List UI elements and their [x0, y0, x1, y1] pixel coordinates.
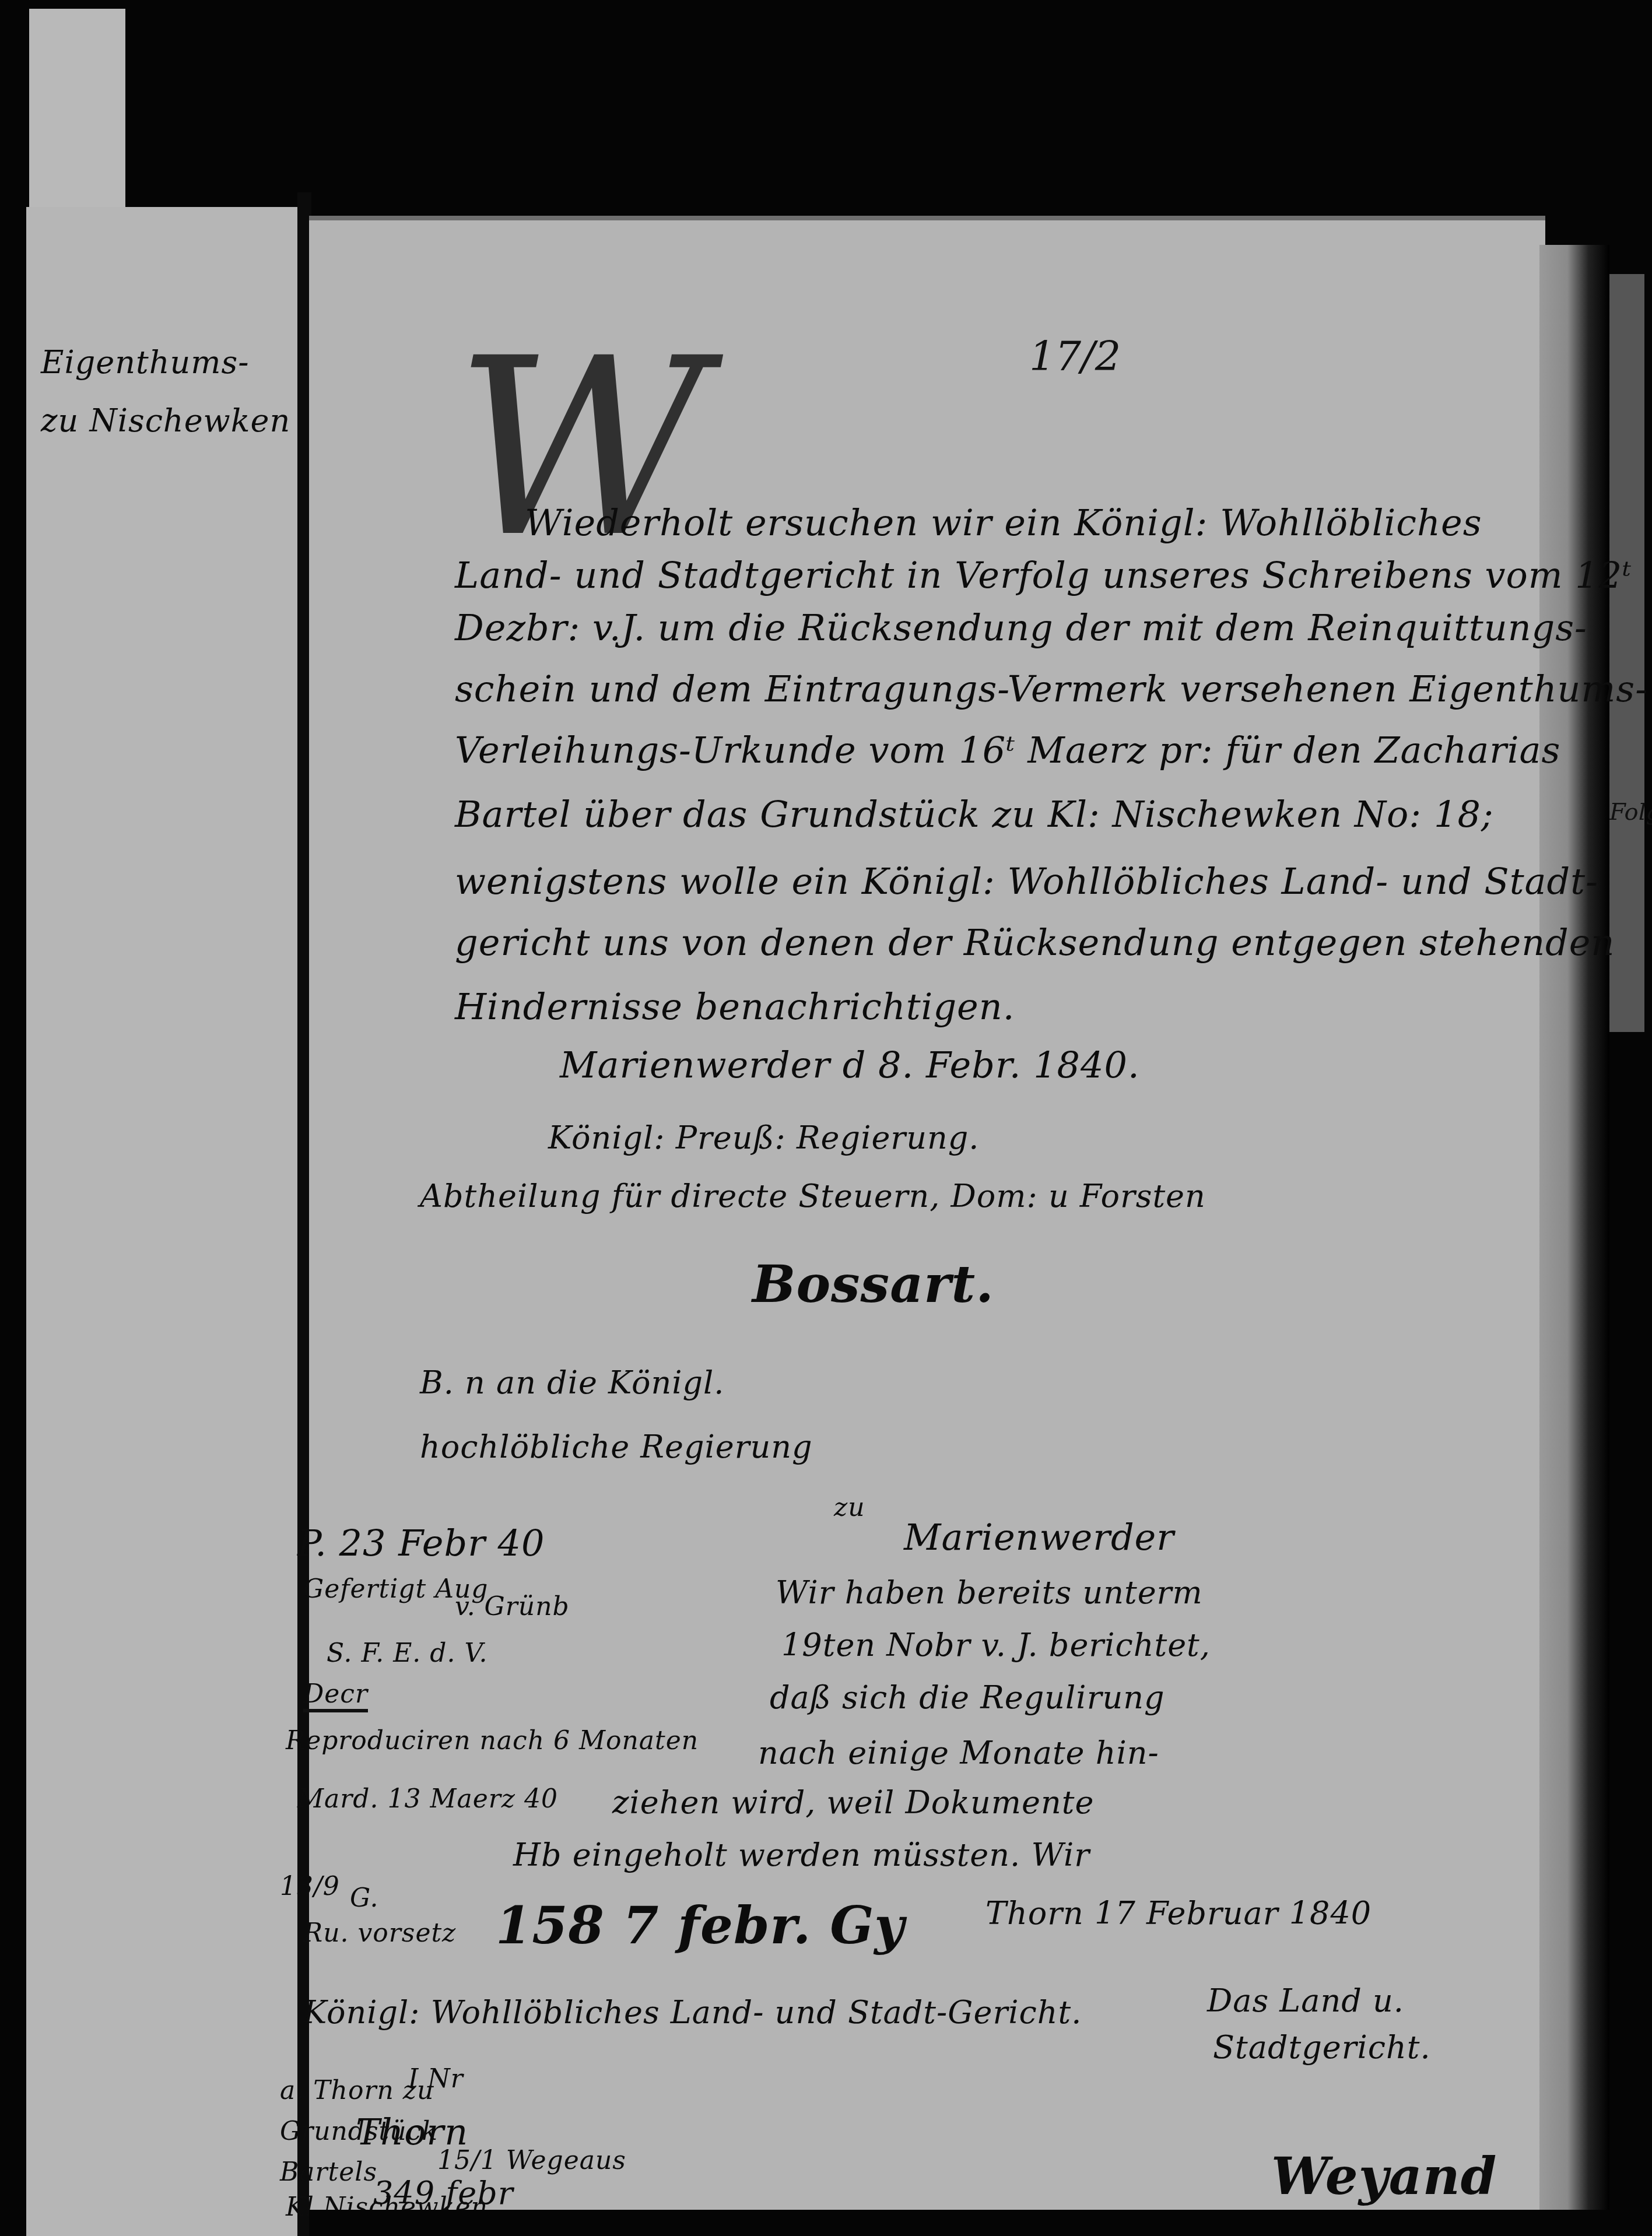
signature-bossart: Bossart.	[752, 1254, 994, 1314]
reply-date-line: Thorn 17 Februar 1840	[985, 1895, 1372, 1932]
body-line-2: Land- und Stadtgericht in Verfolg unsere…	[455, 554, 1632, 596]
torn-page-fragment	[1609, 274, 1644, 1032]
left-margin-note-1: Eigenthums-	[41, 344, 249, 381]
page-right-edge	[1539, 245, 1609, 2216]
left-margin-leaf	[26, 207, 300, 2236]
body-line-4: schein und dem Eintragungs-Vermerk verse…	[455, 668, 1648, 710]
receipt-stamp: P. 23 Febr 40	[297, 1522, 545, 1564]
left-margin-note-2: zu Nischewken	[41, 402, 290, 439]
journal-number-2: 349 febr	[373, 2175, 514, 2215]
body-line-3: Dezbr: v.J. um die Rücksendung der mit d…	[455, 606, 1587, 649]
signature-weyand: Weyand	[1271, 2146, 1497, 2206]
reply-to-word: zu	[834, 1493, 865, 1522]
margin-note-initials: S. F. E. d. V.	[327, 1638, 488, 1668]
journal-number: 158 7 febr. Gy	[496, 1895, 904, 1956]
margin-note-grunb: v. Grünb	[455, 1592, 570, 1621]
reply-to-place: Marienwerder	[904, 1516, 1174, 1558]
authority-line-1: Königl: Preuß: Regierung.	[548, 1119, 979, 1156]
reply-body-5: ziehen wird, weil Dokumente	[612, 1784, 1094, 1821]
bottom-note-right: 15/1 Wegeaus	[437, 2146, 626, 2175]
authority-line-2: Abtheilung für directe Steuern, Dom: u F…	[420, 1178, 1206, 1214]
bottom-note-mid: I Nr	[408, 2064, 464, 2094]
margin-ref-1: 13/9	[280, 1872, 340, 1901]
folded-tab-strip	[29, 9, 125, 207]
reply-addressee-1: B. n an die Königl.	[420, 1364, 725, 1401]
folio-number: 17/2	[1029, 332, 1121, 380]
body-line-7: wenigstens wolle ein Königl: Wohllöblich…	[455, 860, 1598, 903]
reply-body-2: 19ten Nobr v. J. berichtet,	[781, 1627, 1211, 1663]
reply-closing: Königl: Wohllöbliches Land- und Stadt-Ge…	[303, 1994, 1082, 2031]
right-edge-fragment: Folge	[1609, 799, 1652, 826]
bottom-scan-shadow	[309, 2210, 1650, 2236]
margin-note-decision: Decr	[303, 1679, 368, 1712]
reply-body-4: nach einige Monate hin-	[758, 1735, 1159, 1771]
reply-body-1: Wir haben bereits unterm	[776, 1574, 1203, 1611]
reply-body-6: Hb eingeholt werden müssten. Wir	[513, 1837, 1090, 1873]
margin-note-reminder-1: Reproduciren nach 6 Monaten	[286, 1726, 699, 1756]
reply-body-3: daß sich die Regulirung	[770, 1679, 1165, 1716]
body-line-9: Hindernisse benachrichtigen.	[455, 985, 1015, 1028]
margin-ref-2: G.	[350, 1883, 379, 1913]
place-date: Marienwerder d 8. Febr. 1840.	[560, 1044, 1140, 1086]
margin-ref-3: Ru. vorsetz	[303, 1918, 456, 1948]
body-line-6: Bartel über das Grundstück zu Kl: Nische…	[455, 793, 1494, 836]
reply-addressee-2: hochlöbliche Regierung	[420, 1428, 813, 1465]
body-line-8: gericht uns von denen der Rücksendung en…	[455, 921, 1615, 964]
margin-note-reminder-2: Mard. 13 Maerz 40	[297, 1784, 558, 1814]
body-line-1: Wiederholt ersuchen wir ein Königl: Wohl…	[525, 501, 1482, 544]
bottom-addressee-4: Bartels	[280, 2157, 377, 2187]
body-line-5: Verleihungs-Urkunde vom 16ᵗ Maerz pr: fü…	[455, 729, 1560, 771]
reply-closing-right-1: Das Land u.	[1207, 1982, 1404, 2019]
reply-closing-right-2: Stadtgericht.	[1213, 2029, 1431, 2066]
